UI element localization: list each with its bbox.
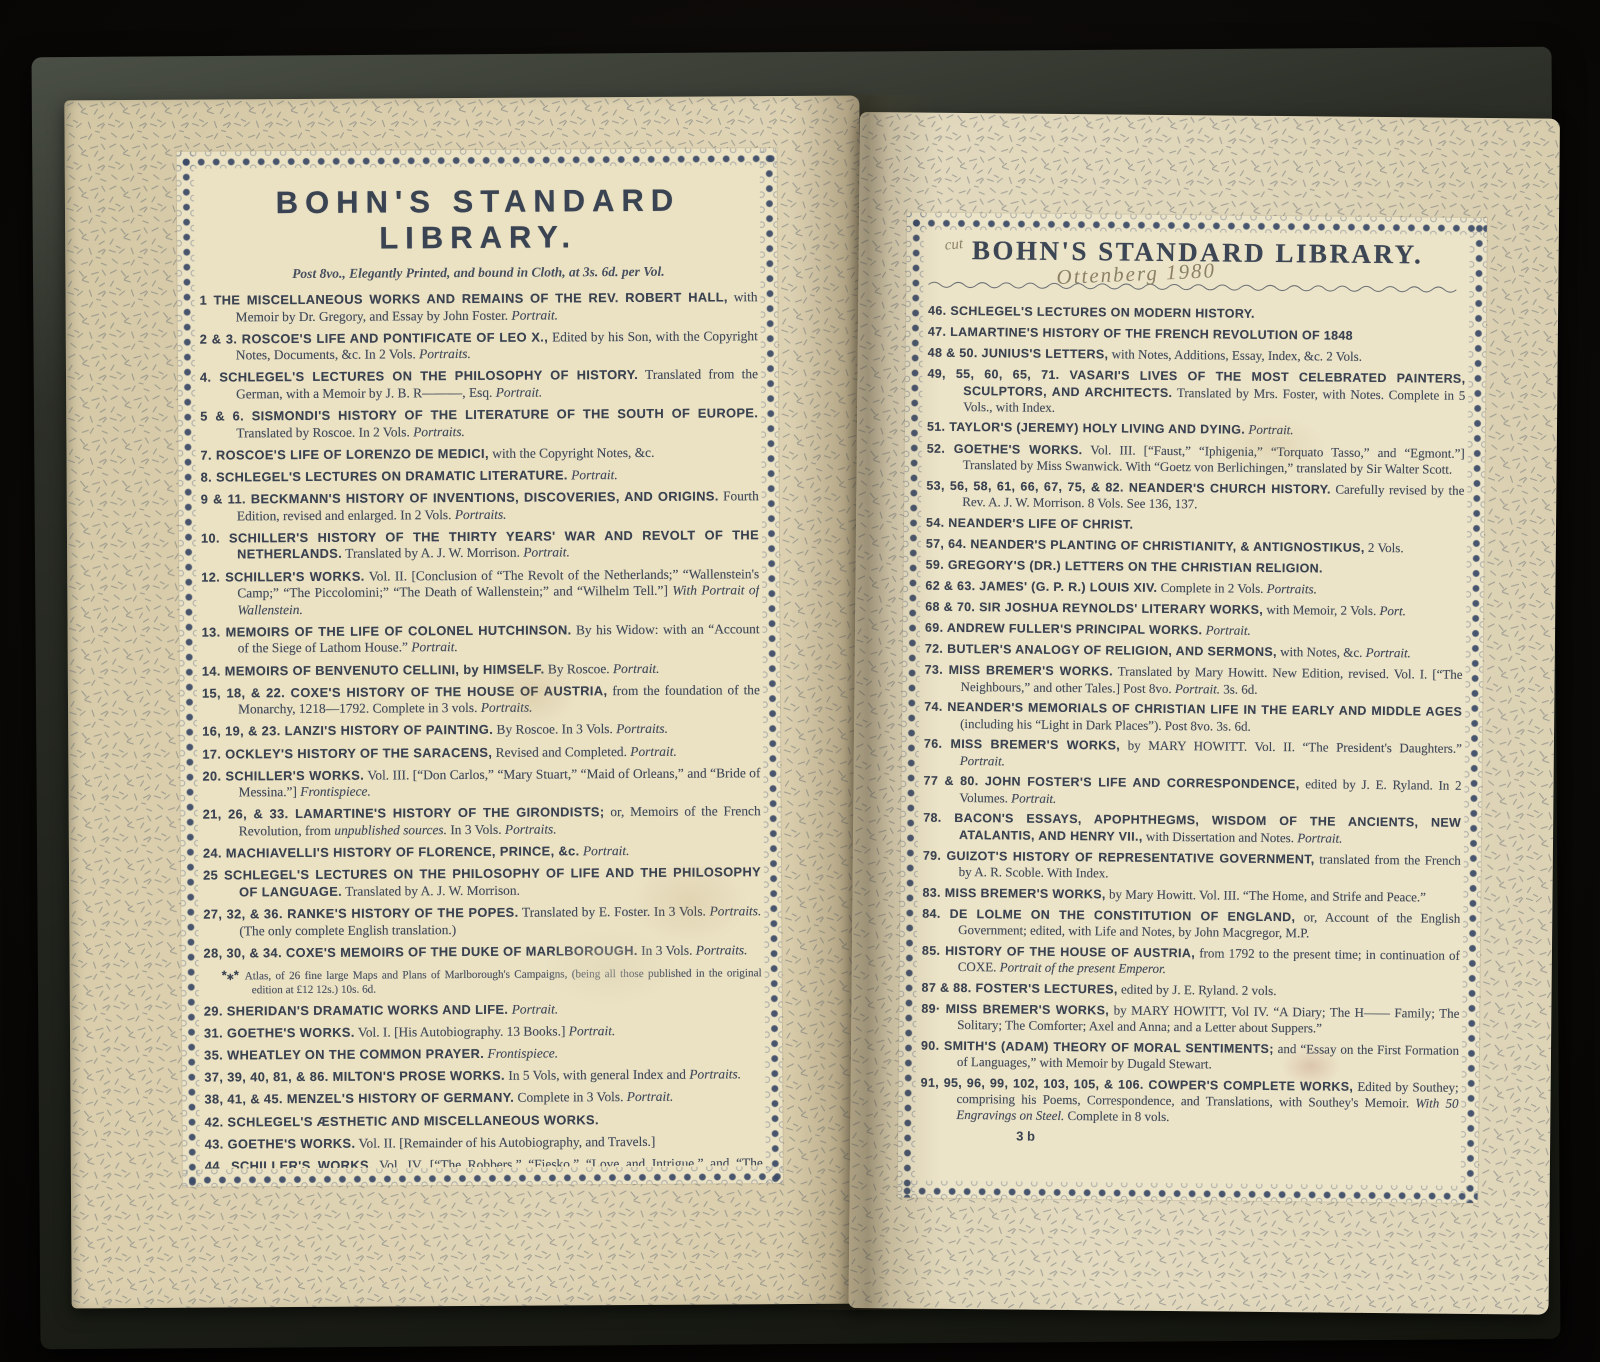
entry-text: Portrait. [508,307,558,322]
entry-number: 13. [202,624,226,639]
entry-text: Translated by A. J. W. Morrison. [342,882,520,898]
handwritten-annotation-cut: cut [944,236,964,255]
entry-text: unpublished sources. [331,822,447,838]
entry-number: 79. [923,848,947,862]
entry-text: LAMARTINE'S HISTORY OF THE GIRONDISTS; [295,804,605,821]
entry-text: Portrait. [520,545,570,560]
catalog-entry: 5 & 6. SISMONDI'S HISTORY OF THE LITERAT… [200,405,758,442]
entry-text: MISS BREMER'S WORKS, [946,1002,1110,1018]
entry-number: 16, 19, & 23. [202,724,285,740]
entry-text: Translated by E. Foster. In 3 Vols. [518,903,705,919]
entry-number: 7. [200,447,216,462]
entry-number: 57, 64. [926,536,971,550]
entry-text: Portrait. [1172,681,1221,696]
entry-text: SCHILLER'S WORKS. [225,568,365,584]
entry-text: 3s. 6d. [1220,681,1258,696]
entry-text: by MARY HOWITT. Vol. II. “The President'… [1120,738,1462,756]
entry-text: GOETHE'S WORKS. [228,1135,356,1151]
entry-text: Portrait. [580,843,630,858]
entry-text: LANZI'S HISTORY OF PAINTING. [285,722,494,738]
entry-text: Complete in 8 vols. [1064,1108,1169,1124]
entry-text: NEANDER'S LIFE OF CHRIST. [948,515,1133,531]
catalog-entry: 38, 41, & 45. MENZEL'S HISTORY OF GERMAN… [204,1089,762,1109]
entry-number: 72. [925,642,947,656]
entry-text: Portrait. [1362,645,1411,660]
entry-text: Complete in 3 Vols. [514,1089,623,1105]
entry-number: 62 & 63. [925,579,979,594]
entry-text: Portraits. [501,821,556,836]
entry-text: edited by J. E. Ryland. 2 vols. [1118,981,1277,998]
catalog-entries: 46. SCHLEGEL'S LECTURES ON MODERN HISTOR… [920,303,1466,1128]
entry-text: Portraits. [706,903,762,918]
catalog-entry: 17. OCKLEY'S HISTORY OF THE SARACENS, Re… [202,743,760,763]
entry-text: In 3 Vols. [447,822,502,837]
entry-text: By Roscoe. [544,661,609,676]
entry-number: 37, 39, 40, 81, & 86. [204,1069,332,1085]
catalog-entry: 77 & 80. JOHN FOSTER'S LIFE AND CORRESPO… [923,773,1461,810]
entry-number: 4. [200,370,219,385]
ornament-border-top [177,148,777,169]
entry-text: Portrait. [1245,422,1294,437]
catalog-entry: 49, 55, 60, 65, 71. VASARI'S LIVES OF TH… [927,366,1465,419]
catalog-entry: 35. WHEATLEY ON THE COMMON PRAYER. Front… [204,1044,762,1064]
entry-text: Portrait. [492,385,542,400]
catalog-entry: 4. SCHLEGEL'S LECTURES ON THE PHILOSOPHY… [200,367,758,404]
entry-text: Portrait. [1008,790,1057,805]
entry-text: 2 Vols. [1365,540,1404,555]
catalog-subtitle: Post 8vo., Elegantly Printed, and bound … [199,263,757,282]
book-photo: BOHN'S STANDARD LIBRARY. Post 8vo., Eleg… [0,0,1600,1362]
entry-text: Portraits. [410,424,465,439]
entry-number: 25 [203,868,224,883]
entry-number: 5 & 6. [200,408,252,423]
entry-number: 84. [922,906,949,920]
catalog-entry: 79. GUIZOT'S HISTORY OF REPRESENTATIVE G… [923,847,1461,884]
catalog-entry: 7. ROSCOE'S LIFE OF LORENZO DE MEDICI, w… [200,444,758,464]
entry-text: COWPER'S COMPLETE WORKS, [1148,1078,1353,1094]
entry-text: with Memoir, 2 Vols. [1263,602,1376,618]
entry-text: MACHIAVELLI'S HISTORY OF FLORENCE, PRINC… [226,843,580,860]
entry-text: OCKLEY'S HISTORY OF THE SARACENS, [225,744,492,761]
entry-text: JUNIUS'S LETTERS, [982,346,1109,361]
entry-text: SCHLEGEL'S LECTURES ON MODERN HISTORY. [950,304,1255,321]
entry-number: 28, 30, & 34. [203,945,286,961]
catalog-entry: 29. SHERIDAN'S DRAMATIC WORKS AND LIFE. … [204,1000,762,1020]
entry-text: By Roscoe. In 3 Vols. [493,722,613,738]
entry-text: GOETHE'S WORKS. [227,1025,355,1041]
entry-number: 53, 56, 58, 61, 66, 67, 75, & 82. [926,478,1129,494]
entry-text: Portraits. [686,1067,741,1082]
catalog-entry: 74. NEANDER'S MEMORIALS OF CHRISTIAN LIF… [924,699,1462,736]
entry-text: ROSCOE'S LIFE OF LORENZO DE MEDICI, [216,446,489,463]
entry-number: 2 & 3. [200,331,242,346]
entry-text: Translated by A. J. W. Morrison. [342,545,520,561]
entry-text: with Notes, &c. [1277,644,1363,660]
entry-text: Portraits. [477,700,532,715]
entry-number: 73. [925,663,949,677]
entry-text: Portraits. [1263,581,1317,597]
catalog-entry: 53, 56, 58, 61, 66, 67, 75, & 82. NEANDE… [926,477,1464,514]
left-page: BOHN'S STANDARD LIBRARY. Post 8vo., Eleg… [64,96,866,1309]
entry-text: RANKE'S HISTORY OF THE POPES. [287,905,518,921]
entry-text: SCHLEGEL'S LECTURES ON DRAMATIC LITERATU… [216,467,568,484]
entry-text: Atlas, of 26 fine large Maps and Plans o… [245,967,762,996]
entry-number: 78. [923,811,954,825]
entry-number: 49, 55, 60, 65, 71. [927,367,1069,382]
entry-number: 12. [201,569,225,584]
catalog-entry: 89· MISS BREMER'S WORKS, by MARY HOWITT,… [921,1000,1459,1037]
entry-text: Portrait. [623,1089,673,1104]
catalog-entry: *⁎* Atlas, of 26 fine large Maps and Pla… [204,964,762,998]
right-page: cut BOHN'S STANDARD LIBRARY. Ottenberg 1… [849,112,1560,1315]
entry-text: THE MISCELLANEOUS WORKS AND REMAINS OF T… [213,289,727,307]
catalog-entry: 68 & 70. SIR JOSHUA REYNOLDS' LITERARY W… [925,599,1463,620]
catalog-entry: 27, 32, & 36. RANKE'S HISTORY OF THE POP… [203,903,761,940]
catalog-entry: 31. GOETHE'S WORKS. Vol. I. [His Autobio… [204,1022,762,1042]
entry-text: MISS BREMER'S WORKS, [945,885,1106,901]
entry-text: Portrait. [960,753,1005,768]
entry-text: Portrait. [610,660,660,675]
entry-number: 21, 26, & 33. [203,806,295,822]
catalog-entry: 90. SMITH'S (ADAM) THEORY OF MORAL SENTI… [921,1037,1459,1074]
catalog-entry: 73. MISS BREMER'S WORKS. Translated by M… [924,662,1462,699]
entry-text: Frontispiece. [484,1046,558,1061]
catalog-entry: 9 & 11. BECKMANN'S HISTORY OF INVENTIONS… [201,488,759,525]
entry-number: 20. [202,768,225,783]
entry-text: Portrait of the present Emperor. [996,959,1166,976]
catalog-entry: 20. SCHILLER'S WORKS. Vol. III. [“Don Ca… [202,765,760,802]
catalog-entry: 52. GOETHE'S WORKS. Vol. III. [“Faust,” … [927,440,1465,477]
entry-text: Portrait. [408,640,458,655]
entry-number: 83. [922,885,944,899]
entry-text: GOETHE'S WORKS. [954,442,1083,457]
entry-text: COXE'S MEMOIRS OF THE DUKE OF MARLBOROUG… [286,943,638,960]
entry-text: WHEATLEY ON THE COMMON PRAYER. [227,1046,484,1063]
entry-text: TAYLOR'S (JEREMY) HOLY LIVING AND DYING. [949,420,1245,437]
entry-number: 91, 95, 96, 99, 102, 103, 105, & 106. [921,1075,1149,1091]
entry-number: 35. [204,1048,227,1063]
signature-mark: 3 b [1016,1128,1458,1147]
catalog-entry: 84. DE LOLME ON THE CONSTITUTION OF ENGL… [922,905,1460,942]
entry-text: Portrait. [1294,830,1343,845]
catalog-entry: 28, 30, & 34. COXE'S MEMOIRS OF THE DUKE… [203,942,761,962]
entry-number: 85. [922,943,945,957]
entry-text: Complete in 2 Vols. [1157,580,1263,596]
catalog-entry: 2 & 3. ROSCOE'S LIFE AND PONTIFICATE OF … [200,328,758,365]
right-print-panel: cut BOHN'S STANDARD LIBRARY. Ottenberg 1… [898,212,1487,1203]
catalog-entry: 47. LAMARTINE'S HISTORY OF THE FRENCH RE… [928,324,1466,345]
entry-number: 24. [203,846,226,861]
catalog-entry: 57, 64. NEANDER'S PLANTING OF CHRISTIANI… [926,535,1464,556]
entry-text: Translated by Roscoe. In 2 Vols. [236,424,410,440]
catalog-entry: 37, 39, 40, 81, & 86. MILTON'S PROSE WOR… [204,1067,762,1087]
entry-text: FOSTER'S LECTURES, [975,981,1117,996]
entry-text: ROSCOE'S LIFE AND PONTIFICATE OF LEO X., [242,329,549,346]
catalog-entry: 12. SCHILLER'S WORKS. Vol. II. [Conclusi… [201,566,759,619]
entry-number: 8. [201,470,217,485]
catalog-entry: 21, 26, & 33. LAMARTINE'S HISTORY OF THE… [203,804,761,841]
entry-text: MEMOIRS OF BENVENUTO CELLINI, by HIMSELF… [225,661,545,678]
entry-text: Portrait. [627,743,677,758]
entry-number: 52. [927,441,954,455]
entry-text: Portraits. [692,942,747,957]
entry-number: 51. [927,420,949,434]
entry-text: Vol. II. [Remainder of his Autobiography… [355,1134,655,1151]
entry-number: 29. [204,1003,227,1018]
entry-number: 9 & 11. [201,491,251,506]
catalog-entry: 69. ANDREW FULLER'S PRINCIPAL WORKS. Por… [925,620,1463,641]
entry-text: ANDREW FULLER'S PRINCIPAL WORKS. [947,621,1203,637]
entry-text: (including his “Light in Dark Places”). … [960,716,1251,734]
catalog-entry: 10. SCHILLER'S HISTORY OF THE THIRTY YEA… [201,527,759,564]
entry-text: SCHLEGEL'S ÆSTHETIC AND MISCELLANEOUS WO… [227,1112,598,1129]
entry-text: MENZEL'S HISTORY OF GERMANY. [287,1090,514,1106]
catalog-entry: 24. MACHIAVELLI'S HISTORY OF FLORENCE, P… [203,842,761,862]
catalog-entry: 16, 19, & 23. LANZI'S HISTORY OF PAINTIN… [202,721,760,741]
entry-number: 77 & 80. [924,774,985,789]
entry-text: SIR JOSHUA REYNOLDS' LITERARY WORKS, [979,600,1263,617]
entry-number: 27, 32, & 36. [203,906,287,922]
entry-text: In 5 Vols, with general Index and [505,1067,686,1083]
catalog-title: BOHN'S STANDARD LIBRARY. [199,182,757,257]
catalog-entry: 78. BACON'S ESSAYS, APOPHTHEGMS, WISDOM … [923,810,1461,847]
entry-text: Portrait. [568,467,618,482]
entry-text: with the Copyright Notes, &c. [489,445,655,461]
entry-number: 74. [924,700,947,714]
catalog-entry: 15, 18, & 22. COXE'S HISTORY OF THE HOUS… [202,682,760,719]
catalog-entries: 1 THE MISCELLANEOUS WORKS AND REMAINS OF… [199,289,762,1168]
entry-text: SCHILLER'S WORKS. [225,767,364,783]
catalog-entry: 25 SCHLEGEL'S LECTURES ON THE PHILOSOPHY… [203,864,761,901]
entry-number: 1 [199,293,213,308]
catalog-entry: 51. TAYLOR'S (JEREMY) HOLY LIVING AND DY… [927,419,1465,440]
entry-text: Portrait. [508,1001,558,1016]
entry-number: 43. [205,1136,228,1151]
entry-text: SMITH'S (ADAM) THEORY OF MORAL SENTIMENT… [944,1039,1274,1056]
entry-number: 47. [928,325,950,339]
entry-text: Revised and Completed. [492,744,627,760]
catalog-entry: 85. HISTORY OF THE HOUSE OF AUSTRIA, fro… [922,942,1460,979]
entry-text: NEANDER'S PLANTING OF CHRISTIANITY, & AN… [970,537,1364,555]
entry-text: Portraits. [451,506,506,521]
entry-text: by Mary Howitt. Vol. III. “The Home, and… [1106,886,1426,904]
entry-text: In 3 Vols. [638,942,693,957]
catalog-entry: 46. SCHLEGEL'S LECTURES ON MODERN HISTOR… [928,303,1466,324]
entry-text: (The only complete English translation.) [239,922,456,938]
entry-text: MILTON'S PROSE WORKS. [333,1068,505,1084]
entry-text: LAMARTINE'S HISTORY OF THE FRENCH REVOLU… [950,325,1353,343]
catalog-entry: 76. MISS BREMER'S WORKS, by MARY HOWITT.… [924,736,1462,773]
left-print-panel: BOHN'S STANDARD LIBRARY. Post 8vo., Eleg… [177,148,783,1187]
catalog-entry: 8. SCHLEGEL'S LECTURES ON DRAMATIC LITER… [201,466,759,486]
catalog-entry: 1 THE MISCELLANEOUS WORKS AND REMAINS OF… [199,289,757,326]
entry-number: 46. [928,304,950,318]
entry-text: BECKMANN'S HISTORY OF INVENTIONS, DISCOV… [251,489,719,507]
entry-text: COXE'S HISTORY OF THE HOUSE OF AUSTRIA, [291,683,608,700]
entry-number: 38, 41, & 45. [204,1092,287,1108]
entry-text: MISS BREMER'S WORKS. [949,663,1114,679]
catalog-entry: 54. NEANDER'S LIFE OF CHRIST. [926,514,1464,535]
entry-text: Vol. I. [His Autobiography. 13 Books.] [355,1024,566,1040]
entry-number: 10. [201,530,229,545]
entry-text: Portrait. [1202,623,1251,638]
entry-number: 90. [921,1038,944,1052]
catalog-entry: 91, 95, 96, 99, 102, 103, 105, & 106. CO… [920,1074,1458,1127]
entry-number: 44. [205,1158,231,1168]
entry-text: Portrait. [565,1023,615,1038]
entry-text: SCHILLER'S WORKS. [231,1157,373,1168]
entry-number: 69. [925,621,947,635]
catalog-entry: 72. BUTLER'S ANALOGY OF RELIGION, AND SE… [925,641,1463,662]
entry-text: JOHN FOSTER'S LIFE AND CORRESPONDENCE, [985,775,1300,792]
entry-text: with Dissertation and Notes. [1143,828,1294,844]
entry-text: MISS BREMER'S WORKS, [950,737,1120,753]
entry-number: 42. [205,1114,228,1129]
entry-number: 59. [926,557,948,571]
entry-number: 15, 18, & 22. [202,685,291,701]
wavy-rule-row: Ottenberg 1980 [928,268,1466,303]
catalog-entry: 62 & 63. JAMES' (G. P. R.) LOUIS XIV. Co… [925,578,1463,599]
entry-text: BUTLER'S ANALOGY OF RELIGION, AND SERMON… [947,642,1277,659]
entry-number: 87 & 88. [922,980,976,995]
entry-number: 76. [924,737,951,751]
entry-text: MEMOIRS OF THE LIFE OF COLONEL HUTCHINSO… [226,622,572,639]
entry-text: Frontispiece. [297,784,371,799]
catalog-entry: 59. GREGORY'S (DR.) LETTERS ON THE CHRIS… [926,556,1464,577]
entry-number: 54. [926,515,948,529]
entry-text: with Notes, Additions, Essay, Index, &c.… [1108,347,1362,364]
entry-text: SISMONDI'S HISTORY OF THE LITERATURE OF … [252,405,759,423]
entry-number: *⁎* [222,967,245,982]
catalog-entry: 42. SCHLEGEL'S ÆSTHETIC AND MISCELLANEOU… [205,1111,763,1131]
catalog-entry: 83. MISS BREMER'S WORKS, by Mary Howitt.… [922,884,1460,905]
catalog-entry: 43. GOETHE'S WORKS. Vol. II. [Remainder … [205,1133,763,1153]
entry-text: HISTORY OF THE HOUSE OF AUSTRIA, [945,944,1195,960]
entry-text: SCHLEGEL'S LECTURES ON THE PHILOSOPHY OF… [219,367,638,385]
entry-text: NEANDER'S CHURCH HISTORY. [1129,480,1331,496]
catalog-entry: 87 & 88. FOSTER'S LECTURES, edited by J.… [922,979,1460,1000]
entry-text: GREGORY'S (DR.) LETTERS ON THE CHRISTIAN… [948,558,1323,576]
entry-number: 14. [202,663,225,678]
entry-text: Portraits. [613,721,668,736]
entry-number: 89· [921,1001,945,1015]
entry-number: 48 & 50. [928,346,982,361]
entry-number: 31. [204,1026,227,1041]
catalog-entry: 48 & 50. JUNIUS'S LETTERS, with Notes, A… [928,345,1466,366]
entry-number: 17. [202,746,225,761]
entry-text: Portraits. [416,346,471,361]
entry-text: Port. [1376,603,1406,618]
entry-text: SHERIDAN'S DRAMATIC WORKS AND LIFE. [227,1002,509,1019]
entry-number: 68 & 70. [925,600,979,615]
entry-text: JAMES' (G. P. R.) LOUIS XIV. [979,579,1157,595]
catalog-entry: 14. MEMOIRS OF BENVENUTO CELLINI, by HIM… [202,660,760,680]
catalog-entry: 13. MEMOIRS OF THE LIFE OF COLONEL HUTCH… [202,621,760,658]
